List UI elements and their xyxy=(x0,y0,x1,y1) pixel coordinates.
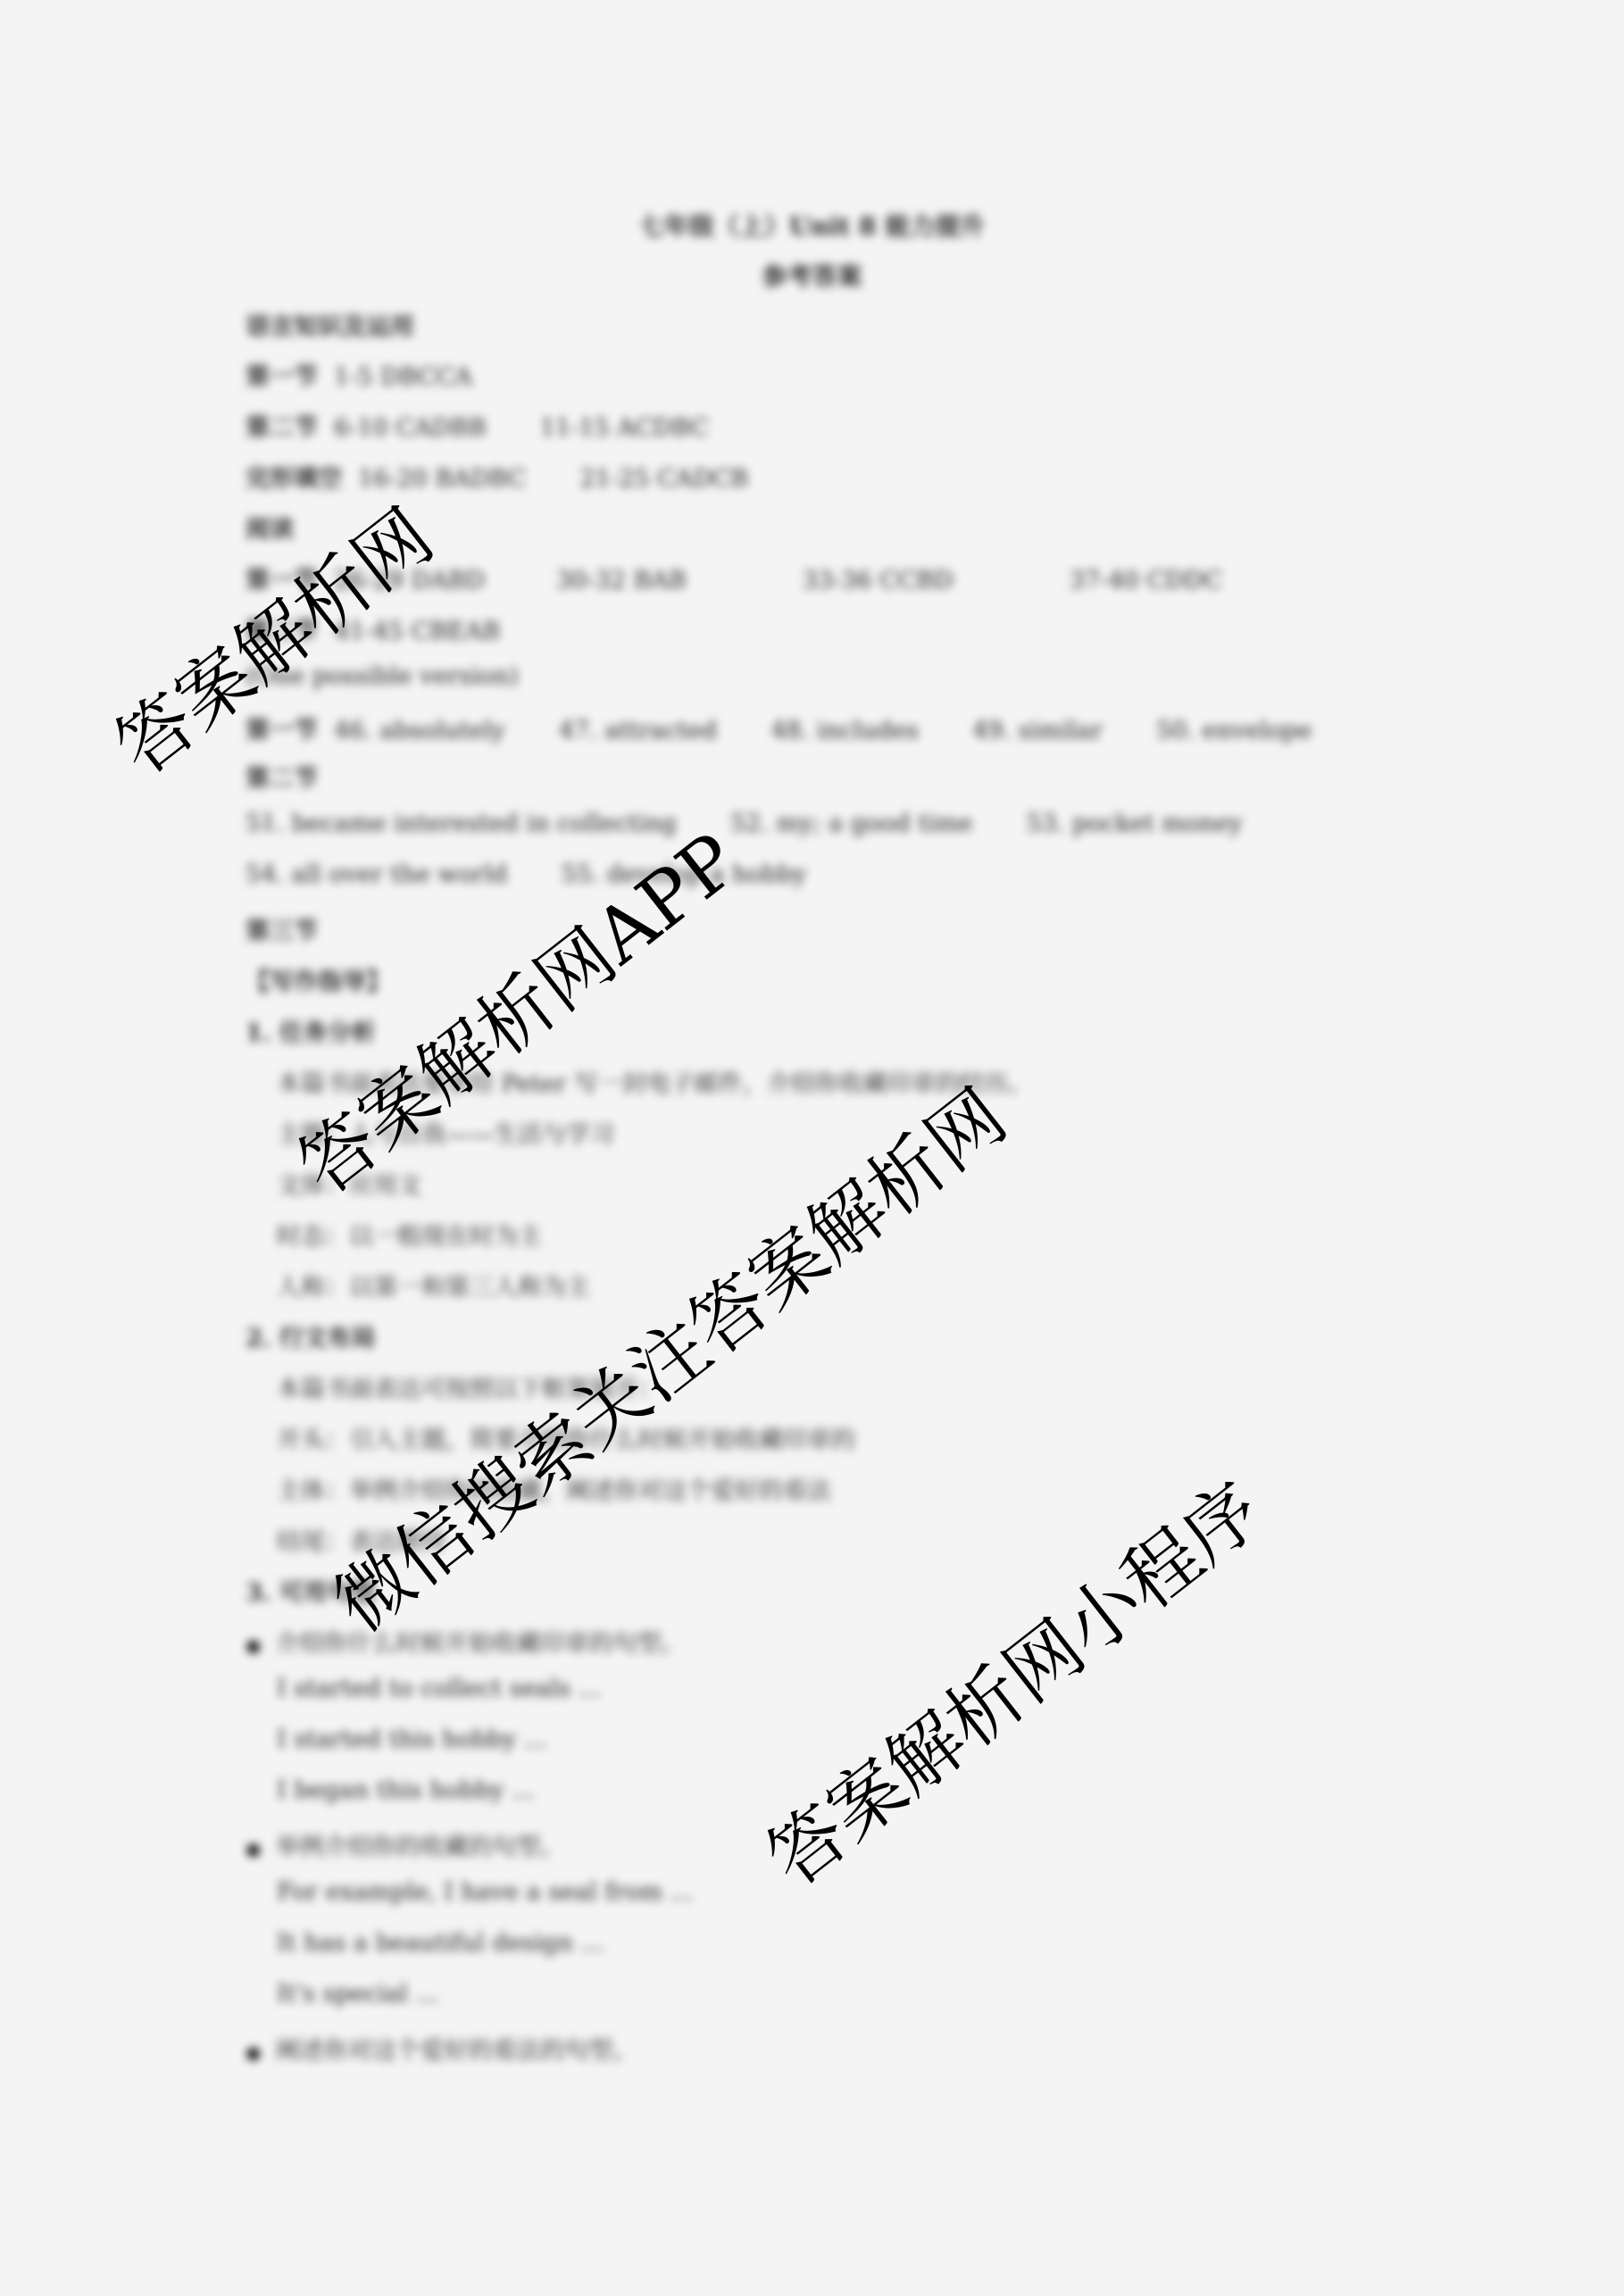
answer-line: 第二节6-10 CADBB11-15 ACDBC xyxy=(246,408,762,443)
section-heading: 语言知识及运用 xyxy=(246,307,430,342)
example-line: For example, I have a seal from ... xyxy=(277,1878,693,1906)
answer-line: 完形填空16-20 BADBC21-25 CADCB xyxy=(246,459,802,494)
bullet-item: 阐述你对这个爱好的看法的句型。 xyxy=(246,2031,637,2066)
example-line: I began this hobby ... xyxy=(277,1776,535,1804)
example-line: It's special ... xyxy=(277,1980,438,2008)
paragraph-line: 时态：以一般现在时为主 xyxy=(277,1217,542,1252)
section-heading: 2. 行文布局 xyxy=(246,1319,392,1353)
answer-line: 54. all over the world55. develop a hobb… xyxy=(246,861,860,888)
section-heading: 【写作指导】 xyxy=(246,962,406,997)
document-title: 七年级（上）Unit 8 能力提升 xyxy=(0,207,1624,243)
example-line: It has a beautiful design ... xyxy=(277,1929,604,1957)
document-subtitle: 参考答案 xyxy=(0,257,1624,293)
example-line: I started to collect seals ... xyxy=(277,1675,601,1702)
example-line: I started this hobby ... xyxy=(277,1726,547,1753)
section-heading: 1. 任务分析 xyxy=(246,1013,392,1048)
bullet-item: 介绍你什么时候开始收藏印章的句型。 xyxy=(246,1624,685,1659)
section-heading: 阅读 xyxy=(246,510,310,545)
paragraph-line: 人称：以第一和第三人称为主 xyxy=(277,1268,590,1302)
blurred-document: 七年级（上）Unit 8 能力提升 参考答案 语言知识及运用 第一节1-5 DB… xyxy=(0,0,1624,2296)
section-heading: 第二节 xyxy=(246,759,334,794)
answer-line: 第一节1-5 DBCCA xyxy=(246,357,526,392)
answer-line: 第一节46. absolutely47. attracted48. includ… xyxy=(246,711,1365,745)
answer-line: 51. became interested in collecting52. m… xyxy=(246,810,1296,837)
bullet-item: 举例介绍你的收藏的句型。 xyxy=(246,1827,564,1862)
section-heading: 第三节 xyxy=(246,911,334,946)
